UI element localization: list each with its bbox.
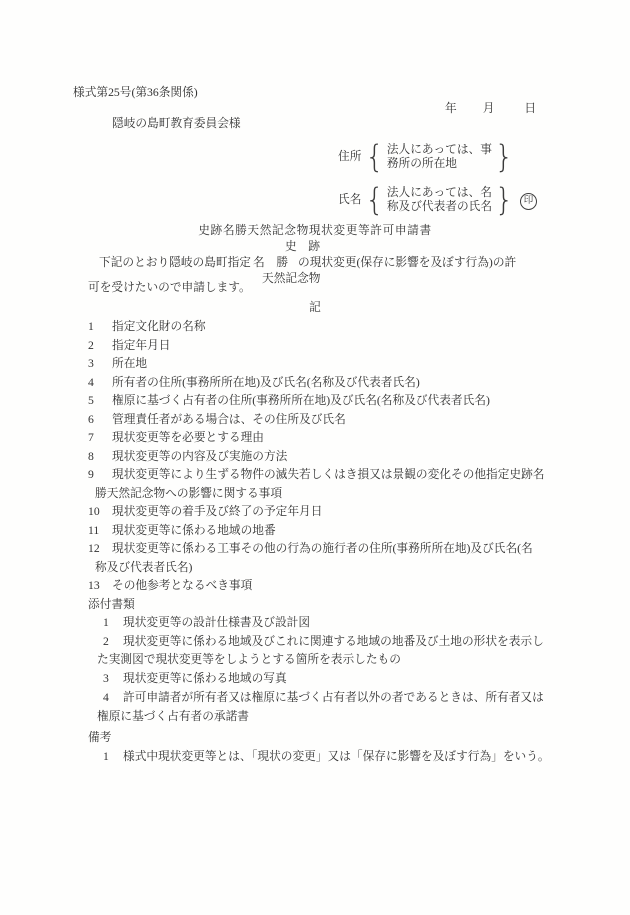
list-item: 2指定年月日 bbox=[88, 339, 170, 353]
item-number: 8 bbox=[88, 450, 112, 464]
list-item-continuation: 勝天然記念物への影響に関する事項 bbox=[95, 487, 282, 501]
form-number: 様式第25号(第36条関係) bbox=[73, 86, 198, 100]
item-number: 2 bbox=[88, 339, 112, 353]
name-label: 氏名 bbox=[338, 193, 361, 207]
item-text: 現状変更等に係わる地域の地番 bbox=[112, 524, 276, 537]
name-field: 氏名 { 法人にあっては、名称及び代表者の氏名 } bbox=[338, 185, 514, 214]
attachment-item-continuation: 権原に基づく占有者の承諾書 bbox=[97, 710, 249, 724]
list-item: 10現状変更等の着手及び終了の予定年月日 bbox=[88, 505, 322, 519]
item-text: 管理責任者がある場合は、その住所及び氏名 bbox=[112, 413, 346, 426]
attachment-item: 4許可申請者が所有者又は権原に基づく占有者以外の者であるときは、所有者又は bbox=[103, 691, 544, 705]
list-item: 7現状変更等を必要とする理由 bbox=[88, 431, 264, 445]
remark-item: 1様式中現状変更等とは、「現状の変更」又は「保存に影響を及ぼす行為」をいう。 bbox=[103, 750, 550, 764]
item-text: 所在地 bbox=[112, 357, 147, 370]
address-note-line2: 務所の所在地 bbox=[387, 157, 457, 170]
item-text: その他参考となるべき事項 bbox=[112, 579, 252, 592]
item-text: 現状変更等を必要とする理由 bbox=[112, 431, 264, 444]
brace-close-icon: } bbox=[495, 184, 513, 215]
date-year-label: 年 bbox=[445, 102, 457, 115]
item-text: 権原に基づく占有者の住所(事務所所在地)及び氏名(名称及び代表者氏名) bbox=[112, 394, 490, 407]
item-number: 5 bbox=[88, 394, 112, 408]
list-item-continuation: 称及び代表者氏名) bbox=[95, 561, 192, 575]
list-item: 13その他参考となるべき事項 bbox=[88, 579, 252, 593]
item-number: 13 bbox=[88, 579, 112, 593]
brace-open-icon: { bbox=[365, 141, 383, 172]
name-note-line1: 法人にあっては、名 bbox=[387, 186, 492, 199]
date-day-label: 日 bbox=[524, 102, 536, 115]
list-item: 8現状変更等の内容及び実施の方法 bbox=[88, 450, 287, 464]
brace-close-icon: } bbox=[495, 141, 513, 172]
date-month-label: 月 bbox=[483, 102, 495, 115]
item-number: 2 bbox=[103, 635, 123, 649]
item-number: 4 bbox=[103, 691, 123, 705]
address-field: 住所 { 法人にあっては、事務所の所在地 } bbox=[338, 142, 513, 171]
item-number: 6 bbox=[88, 413, 112, 427]
addressee: 隠岐の島町教育委員会様 bbox=[112, 117, 241, 131]
record-heading: 記 bbox=[0, 301, 630, 315]
list-item: 4所有者の住所(事務所所在地)及び氏名(名称及び代表者氏名) bbox=[88, 376, 420, 390]
item-number: 9 bbox=[88, 468, 112, 482]
remarks-heading: 備考 bbox=[88, 731, 111, 745]
item-number: 7 bbox=[88, 431, 112, 445]
item-text: 許可申請者が所有者又は権原に基づく占有者以外の者であるときは、所有者又は bbox=[123, 691, 544, 704]
item-text: 現状変更等の設計仕様書及び設計図 bbox=[123, 616, 310, 629]
brace-open-icon: { bbox=[365, 184, 383, 215]
application-sentence-continuation: 可を受けたいので申請します。 bbox=[88, 281, 251, 295]
item-text: 現状変更等に係わる地域の写真 bbox=[123, 672, 287, 685]
list-item: 6管理責任者がある場合は、その住所及び氏名 bbox=[88, 413, 346, 427]
sentence-prefix: 下記のとおり隠岐の島町指定 bbox=[99, 256, 251, 269]
address-label: 住所 bbox=[338, 150, 361, 164]
address-note: 法人にあっては、事務所の所在地 bbox=[384, 143, 495, 170]
list-item: 1指定文化財の名称 bbox=[88, 320, 206, 334]
item-text: 所有者の住所(事務所所在地)及び氏名(名称及び代表者氏名) bbox=[112, 376, 420, 389]
item-number: 12 bbox=[88, 542, 112, 556]
list-item: 9現状変更等により生ずる物件の滅失若しくはき損又は景観の変化その他指定史跡名 bbox=[88, 468, 544, 482]
name-note: 法人にあっては、名称及び代表者の氏名 bbox=[384, 186, 495, 213]
address-note-line1: 法人にあっては、事 bbox=[387, 143, 492, 156]
list-item: 12現状変更等に係わる工事その他の行為の施行者の住所(事務所所在地)及び氏名(名 bbox=[88, 542, 533, 556]
designation-option-bottom: 天然記念物 bbox=[262, 272, 320, 286]
name-note-line2: 称及び代表者の氏名 bbox=[387, 200, 492, 213]
item-number: 1 bbox=[103, 750, 123, 764]
item-text: 様式中現状変更等とは、「現状の変更」又は「保存に影響を及ぼす行為」をいう。 bbox=[123, 750, 550, 763]
item-number: 1 bbox=[88, 320, 112, 334]
date-line: 年月日 bbox=[445, 102, 536, 116]
attachment-item: 1現状変更等の設計仕様書及び設計図 bbox=[103, 616, 310, 630]
item-text: 現状変更等に係わる地域及びこれに関連する地域の地番及び土地の形状を表示し bbox=[123, 635, 544, 648]
item-number: 11 bbox=[88, 524, 112, 538]
item-text: 指定文化財の名称 bbox=[112, 320, 206, 333]
attachment-item-continuation: た実測図で現状変更等をしようとする箇所を表示したもの bbox=[97, 653, 401, 667]
item-number: 10 bbox=[88, 505, 112, 519]
item-text: 指定年月日 bbox=[112, 339, 170, 352]
item-number: 4 bbox=[88, 376, 112, 390]
designation-option-top: 史 跡 bbox=[285, 240, 320, 254]
attachment-item: 2現状変更等に係わる地域及びこれに関連する地域の地番及び土地の形状を表示し bbox=[103, 635, 544, 649]
document-page: 様式第25号(第36条関係) 年月日 隠岐の島町教育委員会様 住所 { 法人にあ… bbox=[0, 0, 630, 915]
list-item: 11現状変更等に係わる地域の地番 bbox=[88, 524, 276, 538]
designation-option-middle: 名 勝 bbox=[253, 256, 288, 269]
item-number: 1 bbox=[103, 616, 123, 630]
list-item: 3所在地 bbox=[88, 357, 147, 371]
item-text: 現状変更等に係わる工事その他の行為の施行者の住所(事務所所在地)及び氏名(名 bbox=[112, 542, 533, 555]
list-item: 5権原に基づく占有者の住所(事務所所在地)及び氏名(名称及び代表者氏名) bbox=[88, 394, 490, 408]
item-number: 3 bbox=[88, 357, 112, 371]
item-text: 現状変更等の着手及び終了の予定年月日 bbox=[112, 505, 322, 518]
document-title: 史跡名勝天然記念物現状変更等許可申請書 bbox=[0, 224, 630, 238]
item-text: 現状変更等の内容及び実施の方法 bbox=[112, 450, 287, 463]
application-sentence: 下記のとおり隠岐の島町指定名 勝の現状変更(保存に影響を及ぼす行為)の許 bbox=[99, 256, 516, 270]
item-text: 現状変更等により生ずる物件の滅失若しくはき損又は景観の変化その他指定史跡名 bbox=[112, 468, 544, 481]
item-number: 3 bbox=[103, 672, 123, 686]
sentence-suffix: の現状変更(保存に影響を及ぼす行為)の許 bbox=[298, 256, 516, 269]
seal-mark: 印 bbox=[520, 193, 537, 210]
attachment-item: 3現状変更等に係わる地域の写真 bbox=[103, 672, 287, 686]
attachments-heading: 添付書類 bbox=[88, 598, 135, 612]
